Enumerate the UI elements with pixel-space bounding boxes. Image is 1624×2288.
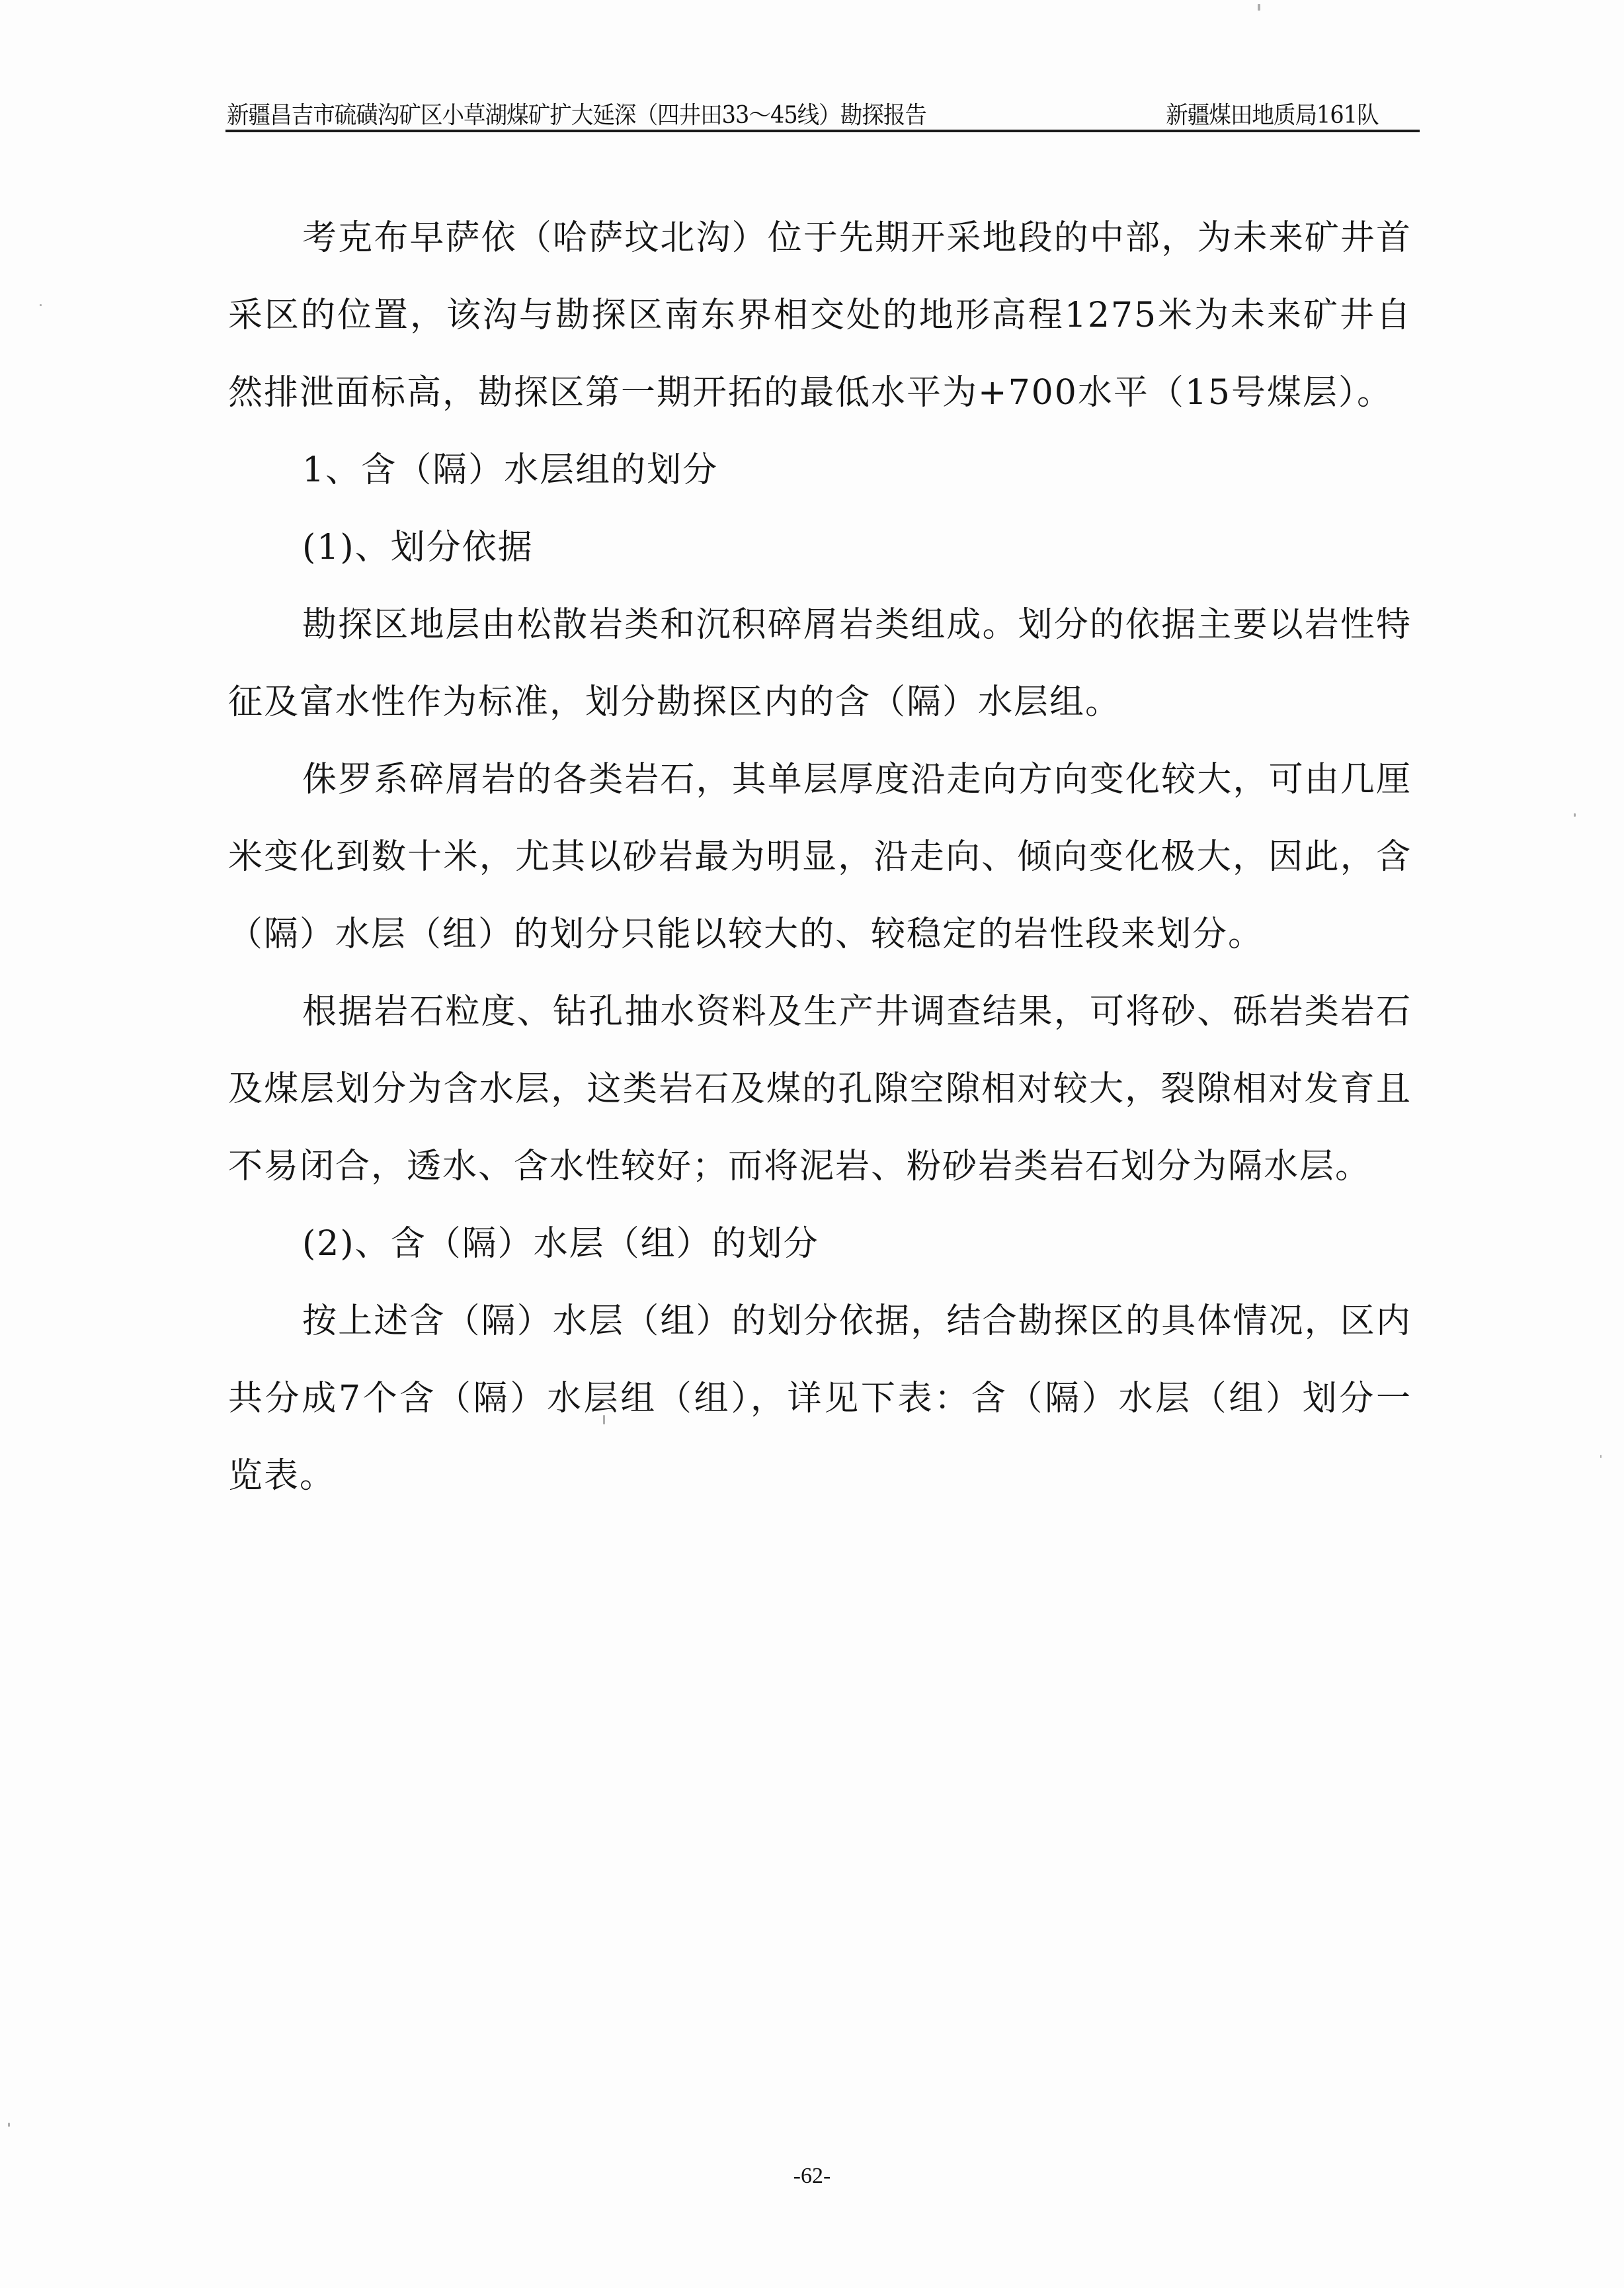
paragraph-drainage-level: 考克布早萨依（哈萨坟北沟）位于先期开采地段的中部，为未来矿井首采区的位置，该沟与…: [228, 200, 1412, 432]
paragraph-jurassic-clastic: 侏罗系碎屑岩的各类岩石，其单层厚度沿走向方向变化较大，可由几厘米变化到数十米，尤…: [228, 741, 1412, 973]
scan-speck: [1574, 813, 1576, 817]
scan-speck: [40, 304, 42, 306]
section-heading-aquifer-division: 1、含（隔）水层组的划分: [228, 432, 1412, 509]
body-text: 考克布早萨依（哈萨坟北沟）位于先期开采地段的中部，为未来矿井首采区的位置，该沟与…: [228, 200, 1412, 1515]
report-title: 新疆昌吉市硫磺沟矿区小草湖煤矿扩大延深（四井田33～45线）勘探报告: [227, 101, 926, 131]
scan-speck: [1258, 4, 1260, 11]
scan-speck: [1600, 1455, 1602, 1458]
paragraph-aquifer-classification: 根据岩石粒度、钻孔抽水资料及生产井调查结果，可将砂、砾岩类岩石及煤层划分为含水层…: [228, 973, 1412, 1205]
page-number: -62-: [0, 2164, 1624, 2189]
organization-name: 新疆煤田地质局161队: [1166, 101, 1379, 131]
running-header: 新疆昌吉市硫磺沟矿区小草湖煤矿扩大延深（四井田33～45线）勘探报告 新疆煤田地…: [227, 87, 1418, 131]
subsection-heading-division: (2)、含（隔）水层（组）的划分: [228, 1205, 1412, 1283]
scan-speck: [8, 2123, 10, 2127]
document-page: 新疆昌吉市硫磺沟矿区小草湖煤矿扩大延深（四井田33～45线）勘探报告 新疆煤田地…: [0, 0, 1624, 2288]
header-divider: [225, 130, 1420, 132]
paragraph-strata-composition: 勘探区地层由松散岩类和沉积碎屑岩类组成。划分的依据主要以岩性特征及富水性作为标准…: [228, 587, 1412, 741]
paragraph-seven-groups: 按上述含（隔）水层（组）的划分依据，结合勘探区的具体情况，区内共分成7个含（隔）…: [228, 1283, 1412, 1515]
scan-speck: [603, 1415, 605, 1424]
subsection-heading-basis: (1)、划分依据: [228, 509, 1412, 587]
